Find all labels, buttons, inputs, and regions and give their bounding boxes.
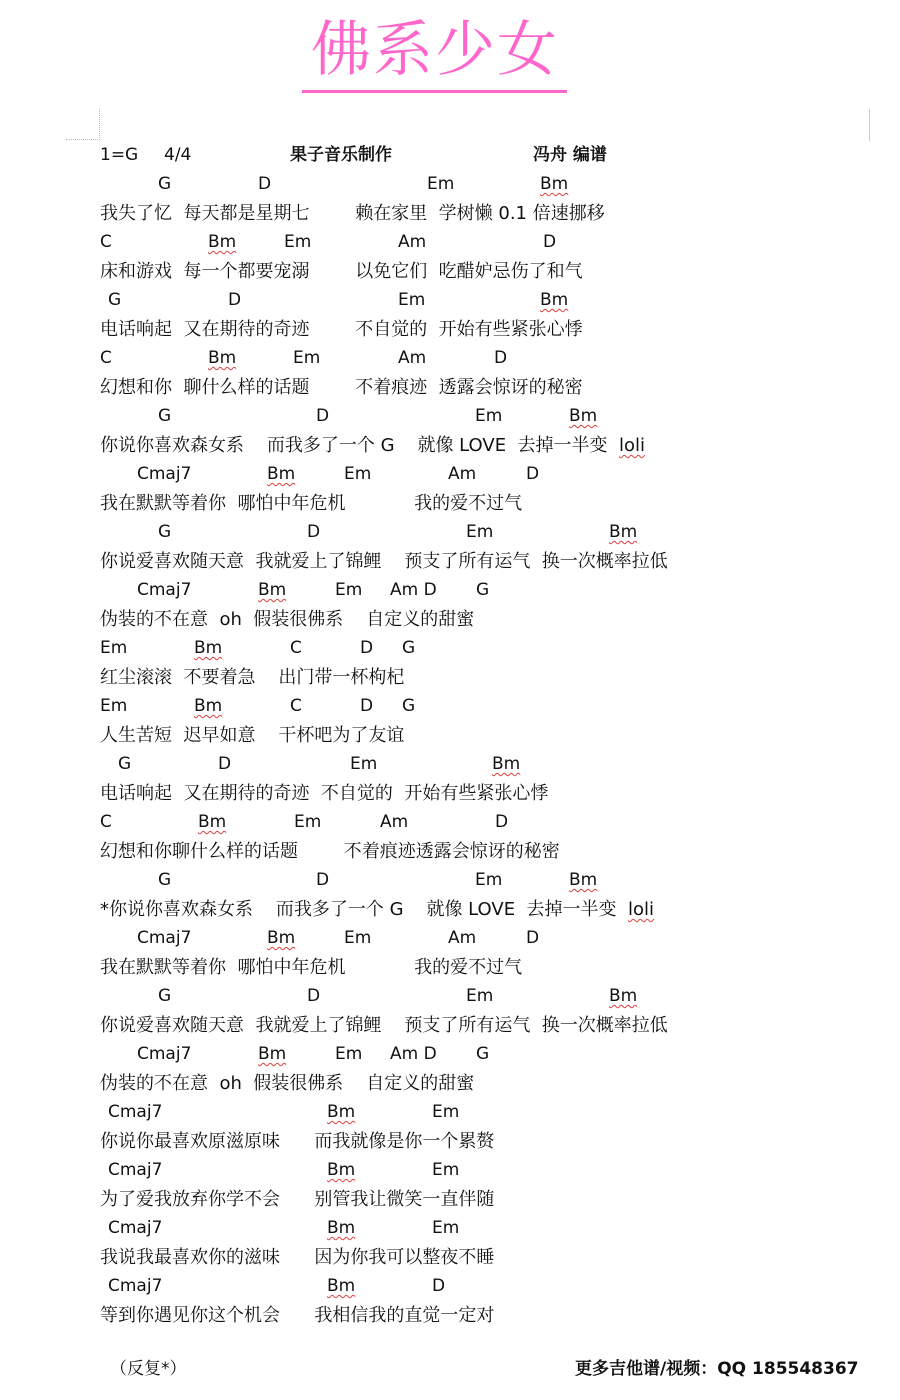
lyric-text: 等到你遇见你这个机会 我相信我的直觉一定对 — [100, 1305, 494, 1326]
chord-symbol: C — [100, 808, 112, 837]
chord-symbol: G — [476, 576, 489, 605]
chord-symbol: Bm — [540, 170, 568, 199]
lyric-line: 电话响起 又在期待的奇迹 不自觉的 开始有些紧张心悸 — [100, 779, 548, 808]
chord-symbol: Em — [432, 1098, 459, 1127]
lyric-tail-word: loli — [628, 899, 654, 920]
lyric-tail-word: loli — [619, 435, 645, 456]
lyric-line: 你说你喜欢森女系 而我多了一个 G 就像 LOVE 去掉一半变 loli — [100, 431, 645, 460]
chord-symbol: Bm — [327, 1098, 355, 1127]
chord-line: GDEmBm — [100, 866, 800, 895]
chord-symbol: Em — [398, 286, 425, 315]
page-corner-mark — [66, 109, 100, 140]
song-title: 佛系少女 — [300, 14, 570, 86]
chord-line: EmBmCDG — [100, 692, 800, 721]
chord-symbol: Bm — [267, 460, 295, 489]
chord-symbol: Am — [448, 924, 476, 953]
lyric-text: 我在默默等着你 哪怕中年危机 我的爱不过气 — [100, 957, 522, 978]
chord-symbol: D — [228, 286, 241, 315]
lyric-text: 电话响起 又在期待的奇迹 不自觉的 开始有些紧张心悸 — [100, 319, 583, 340]
chord-symbol: C — [100, 228, 112, 257]
chord-line: Cmaj7BmEmAm DG — [100, 576, 800, 605]
arranger-credit: 冯舟 编谱 — [533, 143, 607, 167]
chord-symbol: Am — [448, 460, 476, 489]
chord-symbol: Bm — [208, 228, 236, 257]
chord-symbol: C — [290, 634, 302, 663]
chord-symbol: G — [158, 402, 171, 431]
chord-symbol: Em — [432, 1156, 459, 1185]
chord-symbol: Bm — [609, 982, 637, 1011]
chord-symbol: Em — [284, 228, 311, 257]
lyric-line: *你说你喜欢森女系 而我多了一个 G 就像 LOVE 去掉一半变 loli — [100, 895, 654, 924]
chord-symbol: Am D — [390, 576, 437, 605]
chord-symbol: Bm — [327, 1272, 355, 1301]
chord-line: CBmEmAmD — [100, 228, 800, 257]
chord-symbol: Cmaj7 — [108, 1156, 162, 1185]
lyric-text: 电话响起 又在期待的奇迹 不自觉的 开始有些紧张心悸 — [100, 783, 548, 804]
chord-symbol: Em — [475, 866, 502, 895]
lyric-line: 红尘滚滚 不要着急 出门带一杯枸杞 — [100, 663, 404, 692]
lyric-line: 我说我最喜欢你的滋味 因为你我可以整夜不睡 — [100, 1243, 494, 1272]
chord-symbol: D — [316, 866, 329, 895]
time-signature: 4/4 — [164, 143, 191, 167]
chord-symbol: Bm — [194, 692, 222, 721]
chord-symbol: Bm — [492, 750, 520, 779]
chord-symbol: Am — [380, 808, 408, 837]
chord-line: EmBmCDG — [100, 634, 800, 663]
chord-symbol: Am D — [390, 1040, 437, 1069]
chord-symbol: Em — [335, 1040, 362, 1069]
chord-line: Cmaj7BmEm — [100, 1098, 800, 1127]
lyric-text: *你说你喜欢森女系 而我多了一个 G 就像 LOVE 去掉一半变 — [100, 899, 628, 920]
chord-symbol: Bm — [258, 1040, 286, 1069]
chord-symbol: Bm — [569, 866, 597, 895]
chord-symbol: Cmaj7 — [137, 460, 191, 489]
lyric-text: 伪装的不在意 oh 假装很佛系 自定义的甜蜜 — [100, 1073, 474, 1094]
chord-line: Cmaj7BmD — [100, 1272, 800, 1301]
chord-symbol: D — [495, 808, 508, 837]
chord-symbol: Am — [398, 344, 426, 373]
promo-text: 更多吉他谱/视频：QQ 185548367 — [575, 1357, 859, 1381]
chord-line: CBmEmAmD — [100, 344, 800, 373]
lyric-text: 为了爱我放弃你学不会 别管我让微笑一直伴随 — [100, 1189, 494, 1210]
producer-credit: 果子音乐制作 — [290, 143, 392, 167]
chord-symbol: D — [307, 518, 320, 547]
chord-symbol: Bm — [609, 518, 637, 547]
lyric-line: 伪装的不在意 oh 假装很佛系 自定义的甜蜜 — [100, 1069, 474, 1098]
chord-symbol: Em — [294, 808, 321, 837]
lyric-text: 我说我最喜欢你的滋味 因为你我可以整夜不睡 — [100, 1247, 494, 1268]
page-margin-mark — [869, 109, 870, 141]
lyric-line: 人生苦短 迟早如意 干杯吧为了友谊 — [100, 721, 404, 750]
chord-symbol: Bm — [198, 808, 226, 837]
sheet-header: 1=G 4/4 果子音乐制作 冯舟 编谱 — [100, 143, 800, 167]
lyric-line: 你说你最喜欢原滋原味 而我就像是你一个累赘 — [100, 1127, 494, 1156]
chord-symbol: G — [476, 1040, 489, 1069]
chord-symbol: D — [494, 344, 507, 373]
chord-symbol: Em — [427, 170, 454, 199]
chord-symbol: D — [316, 402, 329, 431]
chord-symbol: Bm — [258, 576, 286, 605]
lyric-text: 伪装的不在意 oh 假装很佛系 自定义的甜蜜 — [100, 609, 474, 630]
chord-symbol: Em — [466, 518, 493, 547]
lyric-text: 我在默默等着你 哪怕中年危机 我的爱不过气 — [100, 493, 522, 514]
chord-symbol: Em — [466, 982, 493, 1011]
chord-symbol: Cmaj7 — [137, 1040, 191, 1069]
lyric-text: 红尘滚滚 不要着急 出门带一杯枸杞 — [100, 667, 404, 688]
chord-symbol: Bm — [194, 634, 222, 663]
lyric-line: 伪装的不在意 oh 假装很佛系 自定义的甜蜜 — [100, 605, 474, 634]
chord-line: GDEmBm — [100, 750, 800, 779]
chord-symbol: Cmaj7 — [108, 1098, 162, 1127]
chord-symbol: G — [402, 692, 415, 721]
chord-symbol: Em — [100, 634, 127, 663]
chord-symbol: G — [158, 866, 171, 895]
lyric-text: 人生苦短 迟早如意 干杯吧为了友谊 — [100, 725, 404, 746]
lyric-text: 你说爱喜欢随天意 我就爱上了锦鲤 预支了所有运气 换一次概率拉低 — [100, 1015, 668, 1036]
chord-symbol: Bm — [208, 344, 236, 373]
chord-symbol: Bm — [327, 1214, 355, 1243]
chord-symbol: G — [402, 634, 415, 663]
chord-symbol: Em — [344, 924, 371, 953]
chord-symbol: D — [432, 1272, 445, 1301]
lyric-line: 幻想和你聊什么样的话题 不着痕迹透露会惊讶的秘密 — [100, 837, 560, 866]
lyric-text: 我失了忆 每天都是星期七 赖在家里 学树懒 0.1 倍速挪移 — [100, 203, 605, 224]
lyric-line: 电话响起 又在期待的奇迹 不自觉的 开始有些紧张心悸 — [100, 315, 583, 344]
chord-symbol: Em — [344, 460, 371, 489]
lyric-text: 幻想和你聊什么样的话题 不着痕迹透露会惊讶的秘密 — [100, 841, 560, 862]
chord-symbol: Cmaj7 — [108, 1272, 162, 1301]
chord-symbol: Cmaj7 — [108, 1214, 162, 1243]
chord-line: Cmaj7BmEmAm DG — [100, 1040, 800, 1069]
chord-symbol: G — [118, 750, 131, 779]
chord-symbol: G — [158, 982, 171, 1011]
lyric-line: 幻想和你 聊什么样的话题 不着痕迹 透露会惊讶的秘密 — [100, 373, 583, 402]
chord-symbol: Em — [335, 576, 362, 605]
lyric-line: 等到你遇见你这个机会 我相信我的直觉一定对 — [100, 1301, 494, 1330]
chord-line: Cmaj7BmEmAmD — [100, 924, 800, 953]
chord-symbol: Bm — [267, 924, 295, 953]
chord-symbol: C — [100, 344, 112, 373]
lyric-line: 为了爱我放弃你学不会 别管我让微笑一直伴随 — [100, 1185, 494, 1214]
chord-line: Cmaj7BmEmAmD — [100, 460, 800, 489]
lyric-line: 床和游戏 每一个都要宠溺 以免它们 吃醋妒忌伤了和气 — [100, 257, 583, 286]
chord-symbol: D — [526, 924, 539, 953]
chord-symbol: Bm — [327, 1156, 355, 1185]
lyric-text: 你说你最喜欢原滋原味 而我就像是你一个累赘 — [100, 1131, 494, 1152]
chord-symbol: G — [158, 518, 171, 547]
repeat-note: （反复*） — [110, 1357, 187, 1381]
chord-line: GDEmBm — [100, 982, 800, 1011]
lyric-line: 你说爱喜欢随天意 我就爱上了锦鲤 预支了所有运气 换一次概率拉低 — [100, 1011, 668, 1040]
lyric-line: 我在默默等着你 哪怕中年危机 我的爱不过气 — [100, 953, 522, 982]
chord-symbol: D — [543, 228, 556, 257]
chord-symbol: C — [290, 692, 302, 721]
chord-symbol: Em — [475, 402, 502, 431]
chord-line: GDEmBm — [100, 286, 800, 315]
chord-symbol: Cmaj7 — [137, 576, 191, 605]
lyric-text: 幻想和你 聊什么样的话题 不着痕迹 透露会惊讶的秘密 — [100, 377, 583, 398]
chord-symbol: D — [218, 750, 231, 779]
lyric-line: 我失了忆 每天都是星期七 赖在家里 学树懒 0.1 倍速挪移 — [100, 199, 605, 228]
lyric-line: 我在默默等着你 哪怕中年危机 我的爱不过气 — [100, 489, 522, 518]
title-underline — [302, 90, 567, 93]
chord-symbol: Bm — [540, 286, 568, 315]
chord-line: GDEmBm — [100, 170, 800, 199]
chord-symbol: D — [258, 170, 271, 199]
chord-line: GDEmBm — [100, 402, 800, 431]
chord-symbol: Am — [398, 228, 426, 257]
key-signature: 1=G — [100, 143, 138, 167]
chord-symbol: G — [108, 286, 121, 315]
chord-symbol: Em — [100, 692, 127, 721]
lyric-text: 你说你喜欢森女系 而我多了一个 G 就像 LOVE 去掉一半变 — [100, 435, 619, 456]
chord-symbol: Em — [293, 344, 320, 373]
chord-symbol: Em — [432, 1214, 459, 1243]
lyric-text: 床和游戏 每一个都要宠溺 以免它们 吃醋妒忌伤了和气 — [100, 261, 583, 282]
chord-line: GDEmBm — [100, 518, 800, 547]
chord-line: Cmaj7BmEm — [100, 1156, 800, 1185]
chord-symbol: D — [526, 460, 539, 489]
chord-symbol: Em — [350, 750, 377, 779]
chord-line: CBmEmAmD — [100, 808, 800, 837]
lyric-line: 你说爱喜欢随天意 我就爱上了锦鲤 预支了所有运气 换一次概率拉低 — [100, 547, 668, 576]
chord-symbol: D — [307, 982, 320, 1011]
chord-symbol: D — [360, 692, 373, 721]
chord-symbol: D — [360, 634, 373, 663]
chord-symbol: Cmaj7 — [137, 924, 191, 953]
chord-symbol: Bm — [569, 402, 597, 431]
chord-symbol: G — [158, 170, 171, 199]
lyric-text: 你说爱喜欢随天意 我就爱上了锦鲤 预支了所有运气 换一次概率拉低 — [100, 551, 668, 572]
chord-line: Cmaj7BmEm — [100, 1214, 800, 1243]
